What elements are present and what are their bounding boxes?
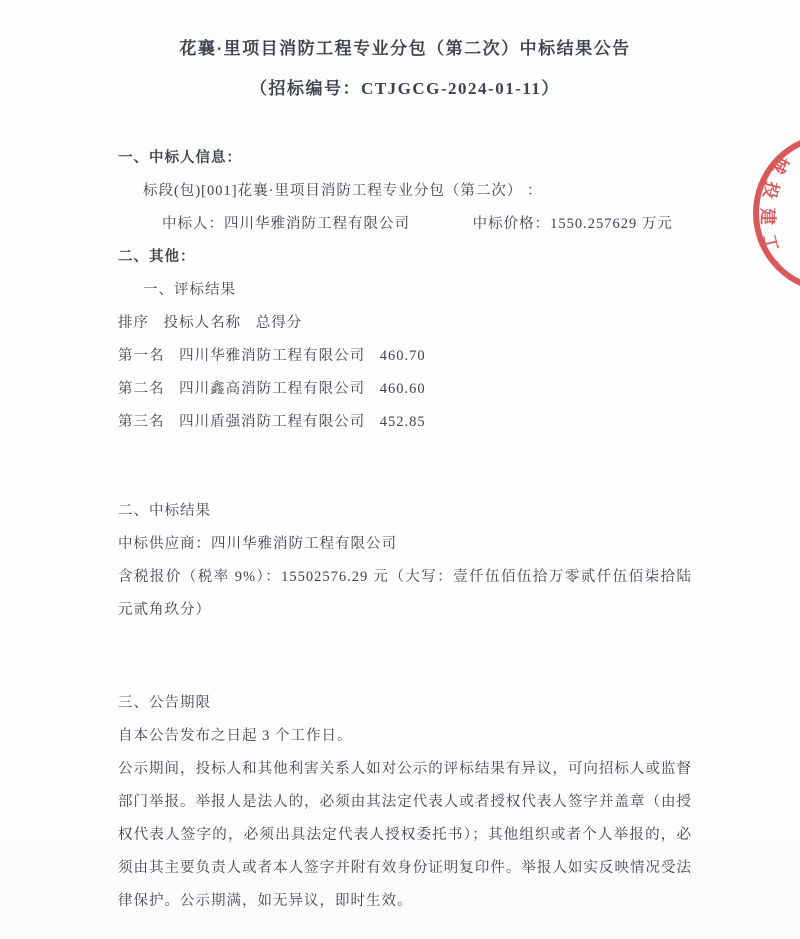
section2-heading: 二、其他： bbox=[118, 241, 692, 274]
eval-row-3: 第三名 四川盾强消防工程有限公司 452.85 bbox=[118, 406, 692, 439]
award-result-heading: 二、中标结果 bbox=[118, 495, 692, 528]
bidder-name: 四川鑫高消防工程有限公司 bbox=[179, 381, 365, 397]
tender-number: （招标编号：CTJGCG-2024-01-11） bbox=[118, 76, 692, 102]
rank: 第二名 bbox=[118, 381, 165, 397]
eval-row-1: 第一名 四川华雅消防工程有限公司 460.70 bbox=[118, 340, 692, 373]
winner-name: 中标人：四川华雅消防工程有限公司 bbox=[162, 216, 410, 232]
publicity-duration: 自本公告发布之日起 3 个工作日。 bbox=[118, 720, 692, 753]
objection-paragraph: 公示期间，投标人和其他利害关系人如对公示的评标结果有异议，可向招标人或监督部门举… bbox=[118, 753, 692, 918]
lot-line: 标段(包)[001]花襄·里项目消防工程专业分包（第二次） ： bbox=[118, 175, 692, 208]
bidder-name: 四川盾强消防工程有限公司 bbox=[179, 414, 365, 430]
supplier-line: 中标供应商：四川华雅消防工程有限公司 bbox=[118, 528, 692, 561]
section1-heading: 一、中标人信息： bbox=[118, 142, 692, 175]
rank: 第三名 bbox=[118, 414, 165, 430]
col-bidder: 投标人名称 bbox=[164, 315, 242, 331]
rank: 第一名 bbox=[118, 348, 165, 364]
section3-heading: 三、公告期限 bbox=[118, 687, 692, 720]
score: 452.85 bbox=[380, 414, 426, 430]
score: 460.70 bbox=[380, 348, 426, 364]
eval-row-2: 第二名 四川鑫高消防工程有限公司 460.60 bbox=[118, 373, 692, 406]
tax-price-line: 含税报价（税率 9%）：15502576.29 元（大写：壹仟伍佰伍拾万零贰仟伍… bbox=[118, 561, 692, 627]
score: 460.60 bbox=[380, 381, 426, 397]
eval-result-heading: 一、评标结果 bbox=[118, 274, 692, 307]
winning-price: 中标价格：1550.257629 万元 bbox=[473, 216, 673, 232]
document-page: 花襄·里项目消防工程专业分包（第二次）中标结果公告 （招标编号：CTJGCG-2… bbox=[0, 0, 800, 939]
announcement-body: 花襄·里项目消防工程专业分包（第二次）中标结果公告 （招标编号：CTJGCG-2… bbox=[0, 0, 800, 918]
eval-table-header: 排序 投标人名称 总得分 bbox=[118, 307, 692, 340]
winner-line: 中标人：四川华雅消防工程有限公司 中标价格：1550.257629 万元 bbox=[118, 208, 692, 241]
col-rank: 排序 bbox=[118, 315, 149, 331]
page-title: 花襄·里项目消防工程专业分包（第二次）中标结果公告 bbox=[118, 36, 692, 62]
col-score: 总得分 bbox=[256, 315, 303, 331]
bidder-name: 四川华雅消防工程有限公司 bbox=[179, 348, 365, 364]
